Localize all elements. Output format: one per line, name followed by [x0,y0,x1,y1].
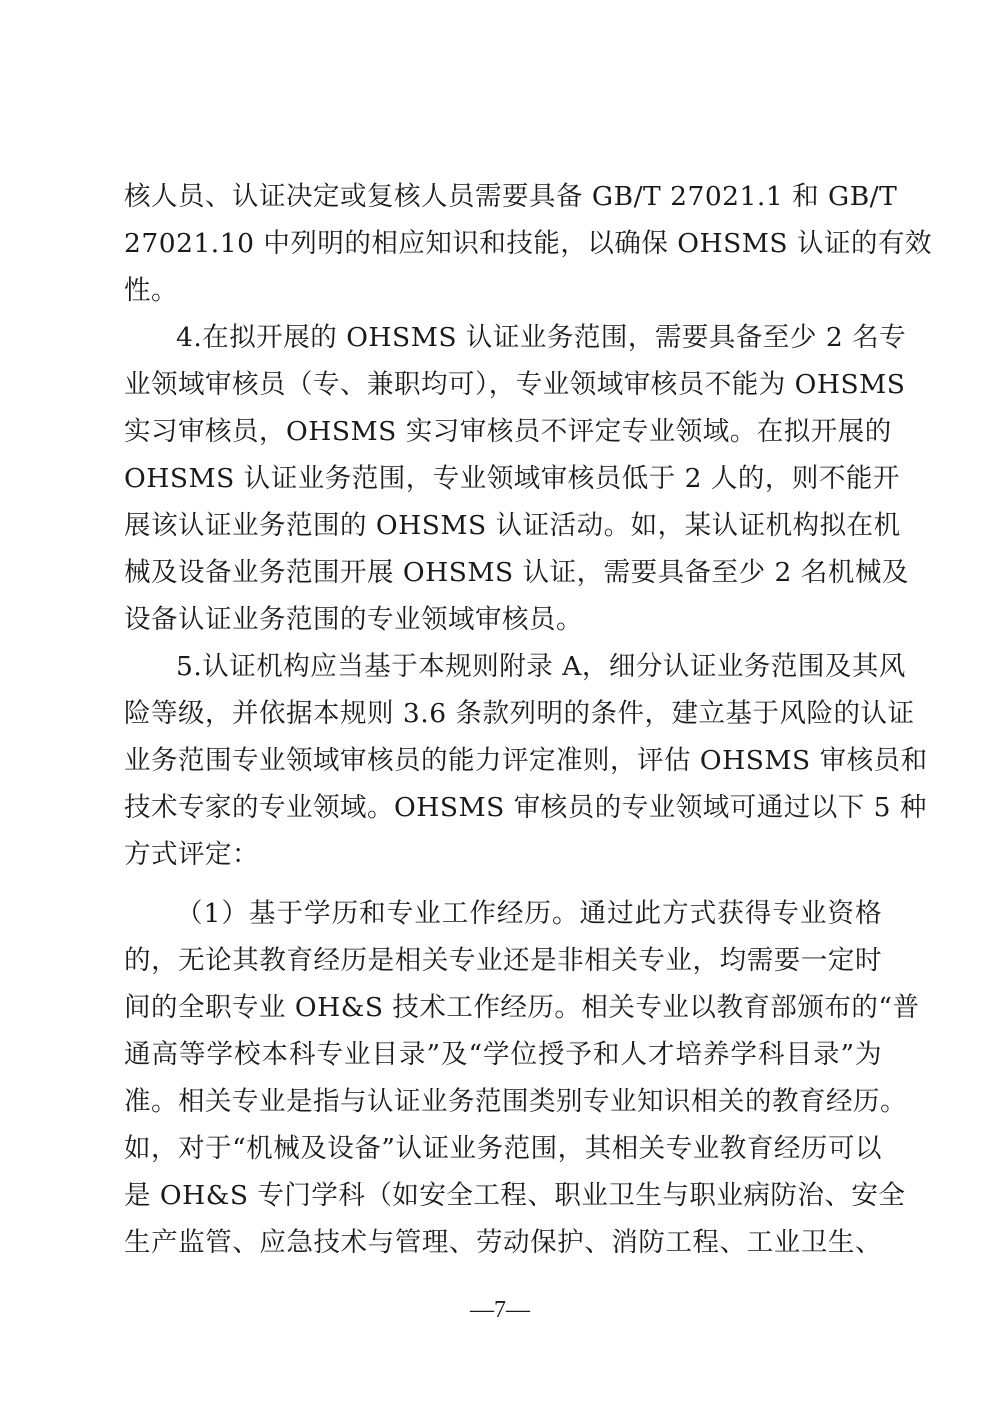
text-line: 方式评定： [124,835,882,875]
text-line: OHSMS 认证业务范围，专业领域审核员低于 2 人的，则不能开 [124,459,882,499]
text-line: 业务范围专业领域审核员的能力评定准则，评估 OHSMS 审核员和 [124,741,882,781]
text-line: 是 OH&S 专门学科（如安全工程、职业卫生与职业病防治、安全 [124,1176,882,1216]
page-number: —7— [0,1290,1000,1330]
text-line: 准。相关专业是指与认证业务范围类别专业知识相关的教育经历。 [124,1082,882,1122]
paragraph-5-start: 5.认证机构应当基于本规则附录 A，细分认证业务范围及其风 [176,647,882,687]
text-line: 械及设备业务范围开展 OHSMS 认证，需要具备至少 2 名机械及 [124,553,882,593]
text-line: 间的全职专业 OH&S 技术工作经历。相关专业以教育部颁布的“普 [124,988,882,1028]
text-line: 险等级，并依据本规则 3.6 条款列明的条件，建立基于风险的认证 [124,694,882,734]
text-line: 通高等学校本科专业目录”及“学位授予和人才培养学科目录”为 [124,1035,882,1075]
text-line: 业领域审核员（专、兼职均可），专业领域审核员不能为 OHSMS [124,365,882,405]
text-line: 的，无论其教育经历是相关专业还是非相关专业，均需要一定时 [124,941,882,981]
text-line: 27021.10 中列明的相应知识和技能，以确保 OHSMS 认证的有效 [124,224,882,264]
text-line: 展该认证业务范围的 OHSMS 认证活动。如，某认证机构拟在机 [124,506,882,546]
text-line: 技术专家的专业领域。OHSMS 审核员的专业领域可通过以下 5 种 [124,788,882,828]
text-line: 如，对于“机械及设备”认证业务范围，其相关专业教育经历可以 [124,1129,882,1169]
text-line: 设备认证业务范围的专业领域审核员。 [124,600,882,640]
text-line: 性。 [124,271,882,311]
document-page: 核人员、认证决定或复核人员需要具备 GB/T 27021.1 和 GB/T 27… [0,0,1000,1414]
paragraph-4-start: 4.在拟开展的 OHSMS 认证业务范围，需要具备至少 2 名专 [176,318,882,358]
text-line: 生产监管、应急技术与管理、劳动保护、消防工程、工业卫生、 [124,1223,882,1263]
text-line: 实习审核员，OHSMS 实习审核员不评定专业领域。在拟开展的 [124,412,882,452]
text-line: 核人员、认证决定或复核人员需要具备 GB/T 27021.1 和 GB/T [124,177,882,217]
subitem-1-start: （1）基于学历和专业工作经历。通过此方式获得专业资格 [176,894,882,934]
